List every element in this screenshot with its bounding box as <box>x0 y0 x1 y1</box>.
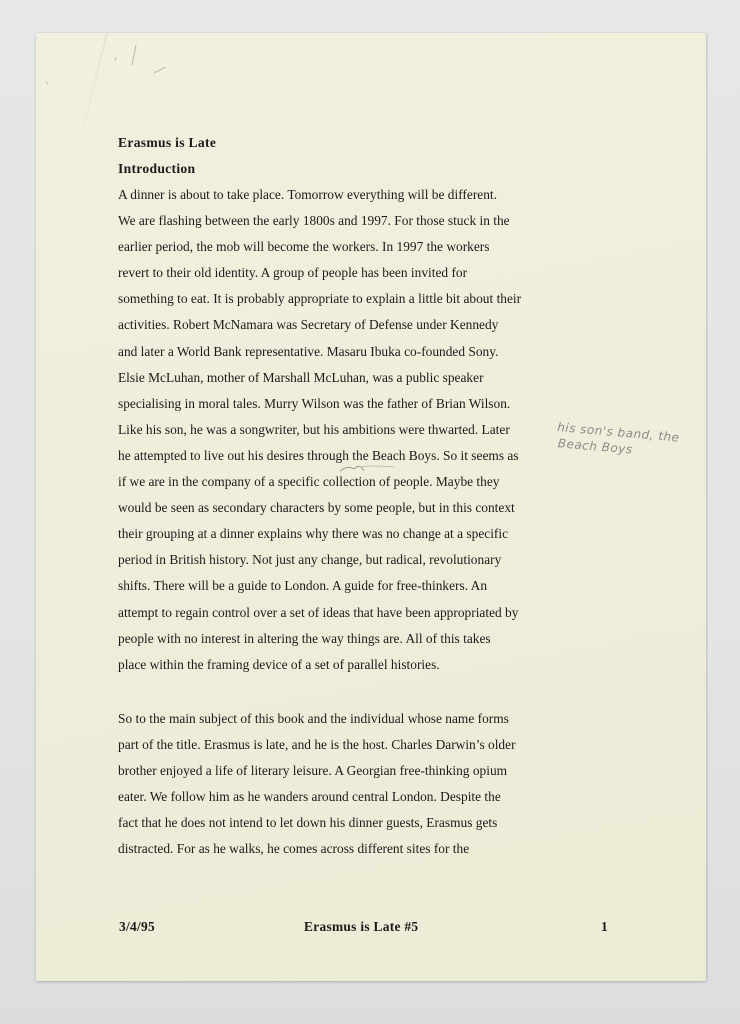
text-line: revert to their old identity. A group of… <box>118 260 538 286</box>
handwritten-insertion-mark <box>336 459 396 481</box>
text-line: people with no interest in altering the … <box>118 626 538 652</box>
text-line: shifts. There will be a guide to London.… <box>118 573 538 599</box>
document-title: Erasmus is Late <box>118 129 538 156</box>
text-line: earlier period, the mob will become the … <box>118 234 538 260</box>
text-line: distracted. For as he walks, he comes ac… <box>118 836 538 862</box>
text-line: fact that he does not intend to let down… <box>118 810 538 836</box>
text-line: place within the framing device of a set… <box>118 652 538 678</box>
text-line: A dinner is about to take place. Tomorro… <box>118 182 538 208</box>
text-line: period in British history. Not just any … <box>118 547 538 573</box>
text-line: something to eat. It is probably appropr… <box>118 286 538 312</box>
text-line: would be seen as secondary characters by… <box>118 495 538 521</box>
handwritten-margin-note: his son's band, the Beach Boys <box>555 419 737 467</box>
page-footer: 3/4/95 Erasmus is Late #5 1 <box>36 913 706 939</box>
text-line: Like his son, he was a songwriter, but h… <box>118 417 538 443</box>
text-line: activities. Robert McNamara was Secretar… <box>118 312 538 338</box>
text-line: We are flashing between the early 1800s … <box>118 208 538 234</box>
footer-doc-title: Erasmus is Late #5 <box>304 919 418 935</box>
paragraph-2: So to the main subject of this book and … <box>118 706 538 863</box>
section-heading: Introduction <box>118 156 538 182</box>
text-line: he attempted to live out his desires thr… <box>118 443 538 469</box>
paragraph-gap <box>118 678 538 704</box>
text-line: and later a World Bank representative. M… <box>118 339 538 365</box>
text-line: Elsie McLuhan, mother of Marshall McLuha… <box>118 365 538 391</box>
text-line: brother enjoyed a life of literary leisu… <box>118 758 538 784</box>
text-line: So to the main subject of this book and … <box>118 706 538 732</box>
text-line: part of the title. Erasmus is late, and … <box>118 732 538 758</box>
text-line: if we are in the company of a specific c… <box>118 469 538 495</box>
document-body: Erasmus is Late Introduction A dinner is… <box>118 129 538 862</box>
footer-date: 3/4/95 <box>119 919 155 935</box>
text-line: their grouping at a dinner explains why … <box>118 521 538 547</box>
text-line: specialising in moral tales. Murry Wilso… <box>118 391 538 417</box>
text-line: eater. We follow him as he wanders aroun… <box>118 784 538 810</box>
text-line: attempt to regain control over a set of … <box>118 600 538 626</box>
paragraph-1: A dinner is about to take place. Tomorro… <box>118 182 538 678</box>
footer-page-number: 1 <box>601 919 608 935</box>
paper-page: Erasmus is Late Introduction A dinner is… <box>36 33 706 981</box>
